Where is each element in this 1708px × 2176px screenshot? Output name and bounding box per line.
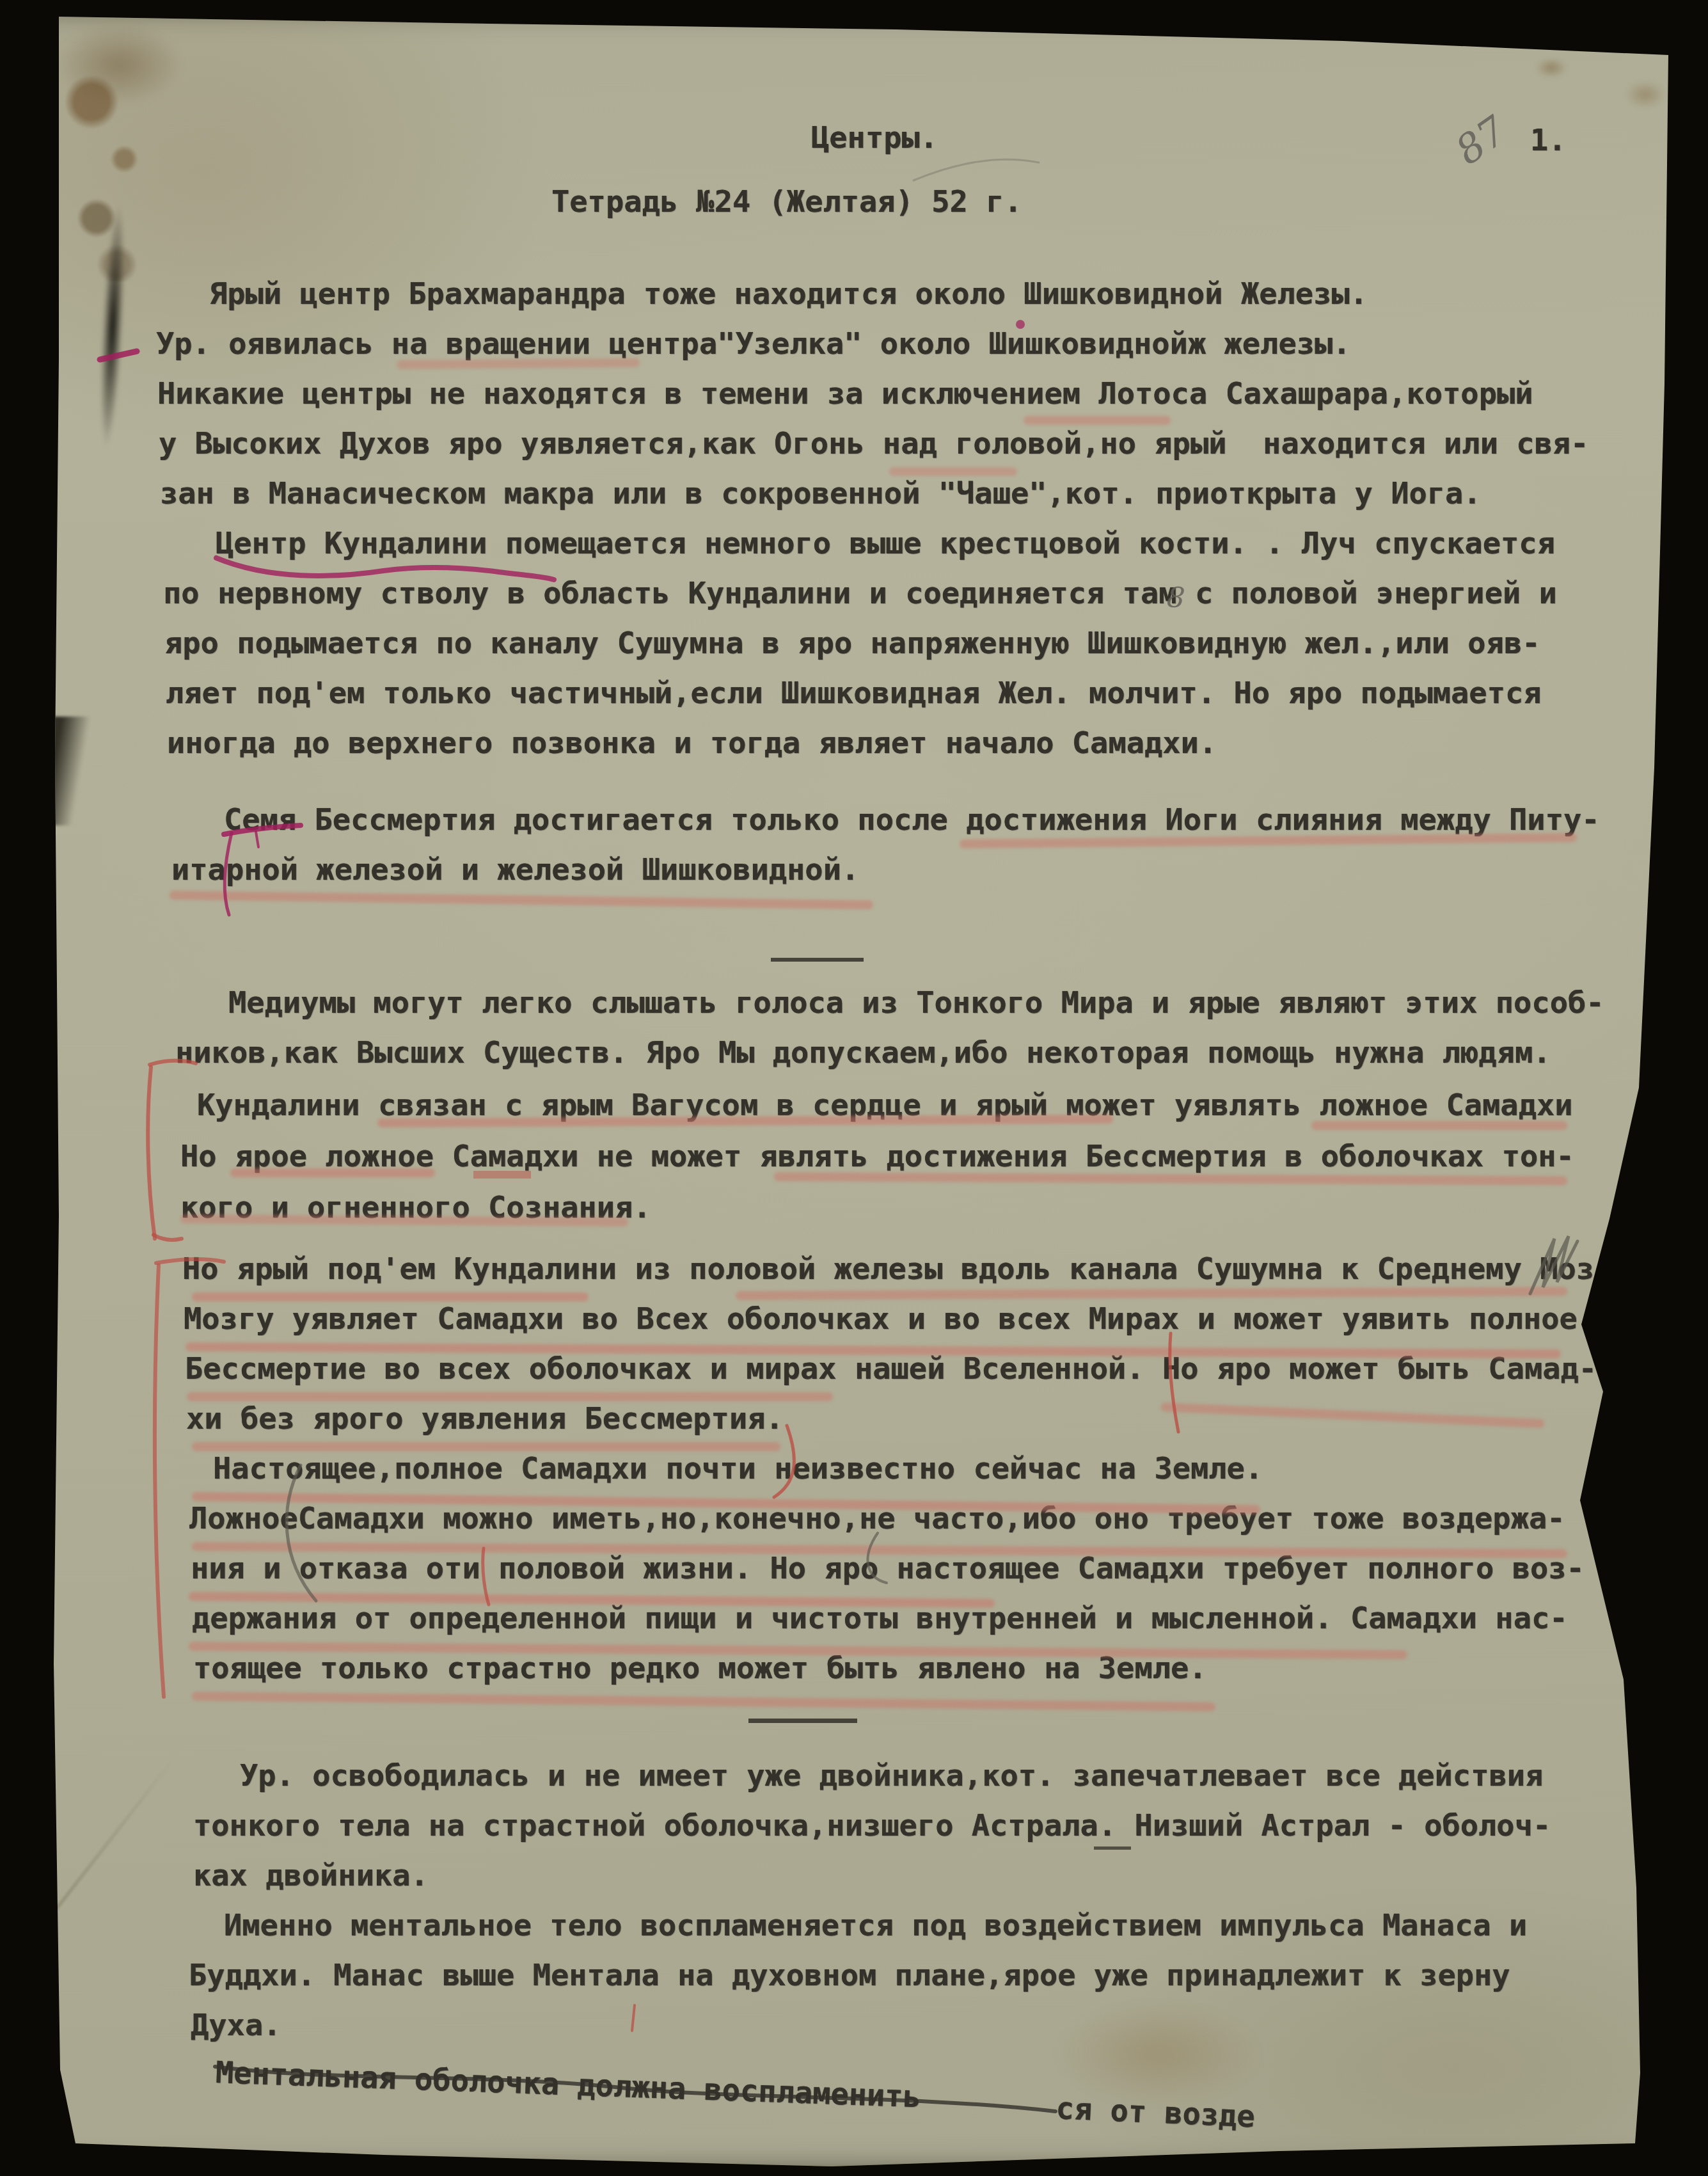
typed-divider — [748, 1719, 857, 1723]
document-title: Центры. — [811, 120, 938, 156]
pencil-handwriting: 8 — [1166, 581, 1185, 615]
red-stroke — [148, 1067, 155, 1239]
typed-divider — [771, 958, 864, 962]
pencil-handwriting: 87 — [1447, 107, 1515, 174]
pink-underline-mark — [192, 1292, 589, 1301]
colored-mark — [1016, 320, 1025, 329]
text-line: Мозгу уявляет Самадхи во Всех оболочках … — [184, 1301, 1578, 1337]
magenta-stroke — [100, 351, 137, 360]
typed-divider — [1094, 1846, 1131, 1850]
text-line: Семя Бессмертия достигается только после… — [224, 802, 1600, 838]
text-line: тонкого тела на страстной оболочка,низше… — [193, 1808, 1551, 1844]
red-stroke — [154, 1235, 182, 1240]
paper-crease — [26, 1754, 178, 1948]
text-line: Медиумы могут легко слышать голоса из То… — [228, 985, 1604, 1021]
paper-stain — [1625, 81, 1666, 109]
text-line: хи без ярого уявления Бессмертия. — [186, 1401, 784, 1437]
text-line: Духа. — [191, 2008, 281, 2044]
red-stroke — [632, 2005, 635, 2031]
text-line: Никакие центры не находятся в темени за … — [157, 376, 1533, 412]
pencil-stroke — [913, 159, 1039, 180]
text-line: Центр Кундалини помещается немного выше … — [216, 526, 1555, 562]
text-line: Именно ментальное тело воспламеняется по… — [224, 1908, 1527, 1944]
red-stroke — [155, 1266, 164, 1697]
text-line: ляет под'ем только частичный,если Шишков… — [166, 676, 1542, 711]
pencil-stroke — [1599, 1232, 1630, 1287]
text-line: Ур. оявилась на вращении центра"Узелка" … — [156, 326, 1351, 362]
typewritten-page: Центры. 1. Тетрадь №24 (Желтая) 52 г. Яр… — [0, 0, 1708, 2176]
pink-underline-mark — [192, 1692, 1215, 1711]
pink-underline-mark — [1024, 416, 1171, 425]
text-line: у Высоких Духов яро уявляется,как Огонь … — [159, 426, 1588, 462]
text-line: Ментальная оболочка должна воспламенить — [215, 2055, 922, 2115]
page-number: 1. — [1530, 123, 1567, 159]
text-line: ся от возде — [1056, 2091, 1256, 2136]
text-line: итарной железой и железой Шишковидной. — [171, 852, 859, 888]
pink-underline-mark — [230, 1168, 435, 1177]
text-line: ников,как Высших Существ. Яро Мы допуска… — [175, 1035, 1551, 1071]
pink-underline-mark — [170, 891, 873, 909]
text-line: по нервному стволу в область Кундалини и… — [163, 576, 1557, 612]
text-line: яро подымается по каналу Сушумна в яро н… — [164, 626, 1540, 662]
pink-underline-mark — [397, 358, 640, 369]
pink-underline-mark — [736, 1287, 1567, 1300]
pink-underline-mark — [1311, 1121, 1567, 1130]
paper-stain — [61, 70, 163, 282]
text-line: ках двойника. — [193, 1858, 429, 1894]
text-line: Настоящее,полное Самадхи почти неизвестн… — [213, 1451, 1263, 1487]
paper-tear-shadow — [52, 717, 97, 825]
paper-stain — [1535, 58, 1567, 78]
text-line: Ур. освободилась и не имеет уже двойника… — [240, 1758, 1543, 1794]
text-line: Буддхи. Манас выше Ментала на духовном п… — [189, 1958, 1510, 1994]
paper-stain — [1056, 2003, 1260, 2105]
paper-stain — [55, 23, 183, 106]
paper-stain-dark-streak — [96, 204, 129, 448]
pink-underline-mark — [889, 467, 1017, 476]
text-line: зан в Манасическом макра или в сокровенн… — [160, 476, 1482, 512]
pink-underline-mark — [187, 1392, 833, 1401]
pink-underline-mark — [1160, 1402, 1544, 1428]
text-line: Ярый центр Брахмарандра тоже находится о… — [209, 276, 1368, 312]
colored-mark — [473, 1171, 531, 1179]
scanned-document-screenshot: Центры. 1. Тетрадь №24 (Желтая) 52 г. Яр… — [0, 0, 1708, 2176]
text-line: Но ярый под'ем Кундалини из половой желе… — [182, 1251, 1594, 1287]
document-subtitle: Тетрадь №24 (Желтая) 52 г. — [551, 184, 1022, 220]
text-line: иногда до верхнего позвонка и тогда явля… — [167, 726, 1217, 761]
pink-underline-mark — [192, 1442, 780, 1451]
